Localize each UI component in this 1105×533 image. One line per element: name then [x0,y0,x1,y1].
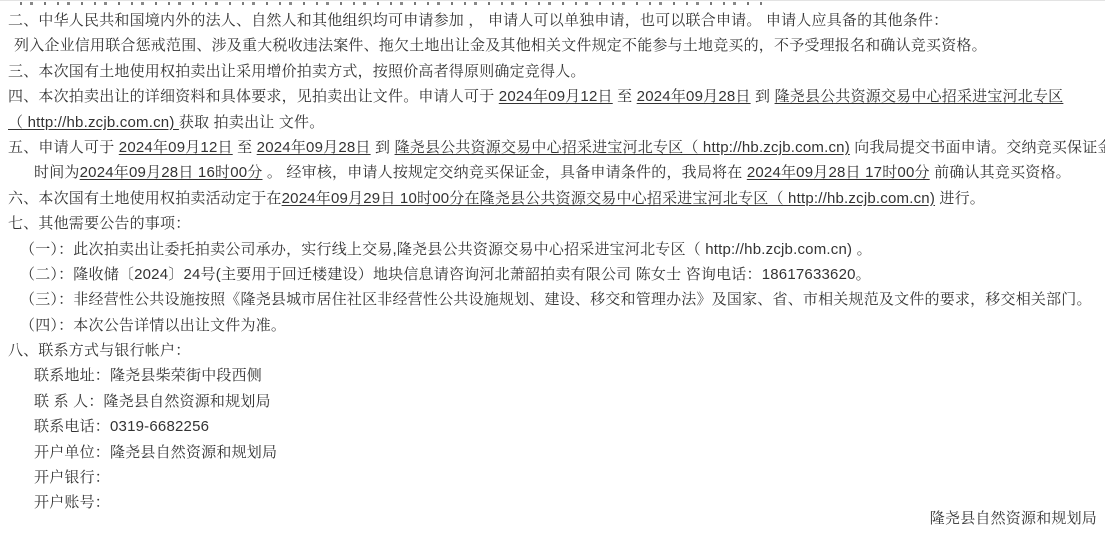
underlined-link[interactable]: 2024年09月28日 16时00分 [80,164,263,181]
announcement-document: 二、中华人民共和国境内外的法人、自然人和其他组织均可申请参加 ， 申请人可以单独… [0,0,1105,533]
text-segment: 列入企业信用联合惩戒范围、涉及重大税收违法案件、拖欠土地出让金及其他相关文件规定… [14,37,987,54]
text-segment: 五、申请人可于 [8,139,119,156]
doc-line: 开户单位：隆尧县自然资源和规划局 [0,440,1105,465]
text-segment: 进行。 [935,190,985,207]
text-segment: 到 [751,88,775,105]
text-segment: 至 [613,88,637,105]
text-segment: 到 [371,139,395,156]
text-segment: （四）：本次公告详情以出让文件为准。 [20,317,286,334]
doc-line: 三、本次国有土地使用权拍卖出让采用增价拍卖方式，按照价高者得原则确定竞得人。 [0,59,1105,84]
doc-line: （一）：此次拍卖出让委托拍卖公司承办，实行线上交易,隆尧县公共资源交易中心招采进… [0,237,1105,262]
text-segment: （一）：此次拍卖出让委托拍卖公司承办，实行线上交易,隆尧县公共资源交易中心招采进… [20,241,872,258]
doc-line: （四）：本次公告详情以出让文件为准。 [0,313,1105,338]
underlined-link[interactable]: 2024年09月12日 [119,139,233,156]
text-segment: 向我局提交书面申请。交纳竞买保证金的截止 [850,139,1105,156]
text-segment: 联系地址：隆尧县柴荣街中段西侧 [34,367,262,384]
text-segment: 开户单位：隆尧县自然资源和规划局 [34,444,277,461]
doc-line: 列入企业信用联合惩戒范围、涉及重大税收违法案件、拖欠土地出让金及其他相关文件规定… [0,33,1105,58]
underlined-link[interactable]: 2024年09月12日 [499,88,613,105]
text-segment: 获取 拍卖出让 文件。 [179,114,325,131]
doc-line: 五、申请人可于 2024年09月12日 至 2024年09月28日 到 隆尧县公… [0,135,1105,160]
underlined-link[interactable]: 2024年09月28日 [257,139,371,156]
doc-line: 联 系 人：隆尧县自然资源和规划局 [0,389,1105,414]
doc-line: 八、联系方式与银行帐户： [0,338,1105,363]
underlined-link[interactable]: 隆尧县公共资源交易中心招采进宝河北专区 [775,88,1064,105]
doc-line: （ http://hb.zcjb.com.cn) 获取 拍卖出让 文件。 [0,110,1105,135]
text-segment: （三）：非经营性公共设施按照《隆尧县城市居住社区非经营性公共设施规划、建设、移交… [20,291,1092,308]
doc-line: 开户银行： [0,465,1105,490]
doc-line: 二、中华人民共和国境内外的法人、自然人和其他组织均可申请参加 ， 申请人可以单独… [0,8,1105,33]
underlined-link[interactable]: 2024年09月28日 [637,88,751,105]
text-segment: 开户账号： [34,494,110,511]
text-segment: 三、本次国有土地使用权拍卖出让采用增价拍卖方式，按照价高者得原则确定竞得人。 [8,63,586,80]
doc-lines: 二、中华人民共和国境内外的法人、自然人和其他组织均可申请参加 ， 申请人可以单独… [0,5,1105,516]
underlined-link[interactable]: 2024年09月28日 17时00分 [747,164,930,181]
text-segment: 二、中华人民共和国境内外的法人、自然人和其他组织均可申请参加 ， 申请人可以单独… [8,12,948,29]
issuer-signature: 隆尧县自然资源和规划局 [930,507,1097,528]
clipped-previous-line [20,2,765,5]
text-segment: 联 系 人：隆尧县自然资源和规划局 [34,393,271,410]
text-segment: 开户银行： [34,469,110,486]
text-segment: 联系电话：0319-6682256 [34,418,209,435]
text-segment: 时间为 [34,164,80,181]
text-segment: 至 [233,139,257,156]
text-segment: 。 经审核，申请人按规定交纳竞买保证金，具备申请条件的，我局将在 [263,164,747,181]
doc-line: 四、本次拍卖出让的详细资料和具体要求，见拍卖出让文件。申请人可于 2024年09… [0,84,1105,109]
text-segment: 前确认其竞买资格。 [930,164,1071,181]
underlined-link[interactable]: 隆尧县公共资源交易中心招采进宝河北专区（ http://hb.zcjb.com.… [395,139,850,156]
doc-line: 联系电话：0319-6682256 [0,414,1105,439]
text-segment: （二）：隆收储〔2024〕24号(主要用于回迁楼建设）地块信息请咨询河北萧韶拍卖… [20,266,871,283]
doc-line: 七、其他需要公告的事项： [0,211,1105,236]
doc-line: 六、本次国有土地使用权拍卖活动定于在2024年09月29日 10时00分在隆尧县… [0,186,1105,211]
doc-line: 联系地址：隆尧县柴荣街中段西侧 [0,363,1105,388]
doc-line: 时间为2024年09月28日 16时00分 。 经审核，申请人按规定交纳竞买保证… [0,160,1105,185]
text-segment: 四、本次拍卖出让的详细资料和具体要求，见拍卖出让文件。申请人可于 [8,88,499,105]
doc-line: （三）：非经营性公共设施按照《隆尧县城市居住社区非经营性公共设施规划、建设、移交… [0,287,1105,312]
text-segment: 六、本次国有土地使用权拍卖活动定于在 [8,190,282,207]
text-segment: 七、其他需要公告的事项： [8,215,190,232]
underlined-link[interactable]: （ http://hb.zcjb.com.cn) [8,114,179,131]
text-segment: 八、联系方式与银行帐户： [8,342,190,359]
doc-line: （二）：隆收储〔2024〕24号(主要用于回迁楼建设）地块信息请咨询河北萧韶拍卖… [0,262,1105,287]
underlined-link[interactable]: 2024年09月29日 10时00分在隆尧县公共资源交易中心招采进宝河北专区（ … [282,190,935,207]
